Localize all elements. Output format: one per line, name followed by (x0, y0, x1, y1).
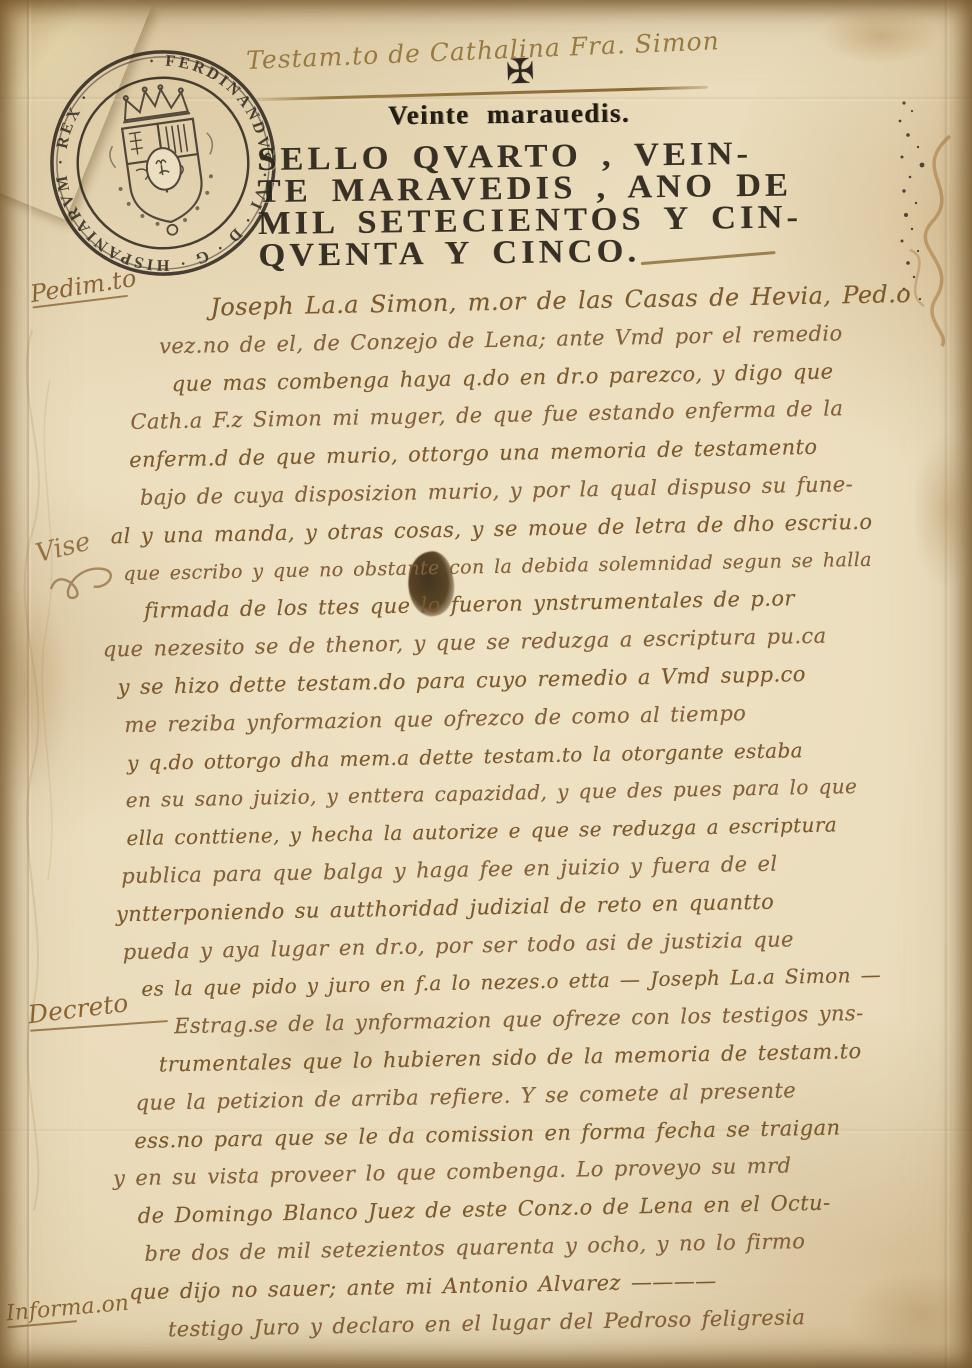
cross-icon: ✠ (505, 52, 535, 93)
paper-crease-left (26, 0, 32, 1368)
crown-icon (119, 82, 190, 123)
margin-note-information: Informa.on (5, 1291, 130, 1329)
stain-left-edge (0, 580, 70, 800)
sello-printed-block: SELLO QVARTO , VEIN- TE MARAVEDIS , ANO … (257, 136, 919, 272)
sello-line: QVENTA Y CINCO. (258, 232, 945, 272)
header-title-annotation: Testam.to de Cathalina Fra. Simon (246, 26, 727, 75)
manuscript-body: Joseph La.a Simon, m.or de las Casas de … (126, 275, 970, 1349)
margin-note-petition: Pedim.to (28, 264, 138, 310)
printed-tax-line: Veinte marauedis. (388, 98, 630, 132)
stain-top-right (820, 8, 940, 64)
coat-of-arms (106, 117, 224, 242)
manuscript-page: { "document": { "kind": "Spanish notaria… (0, 0, 972, 1368)
bleed-through-left-margin (2, 320, 72, 1220)
